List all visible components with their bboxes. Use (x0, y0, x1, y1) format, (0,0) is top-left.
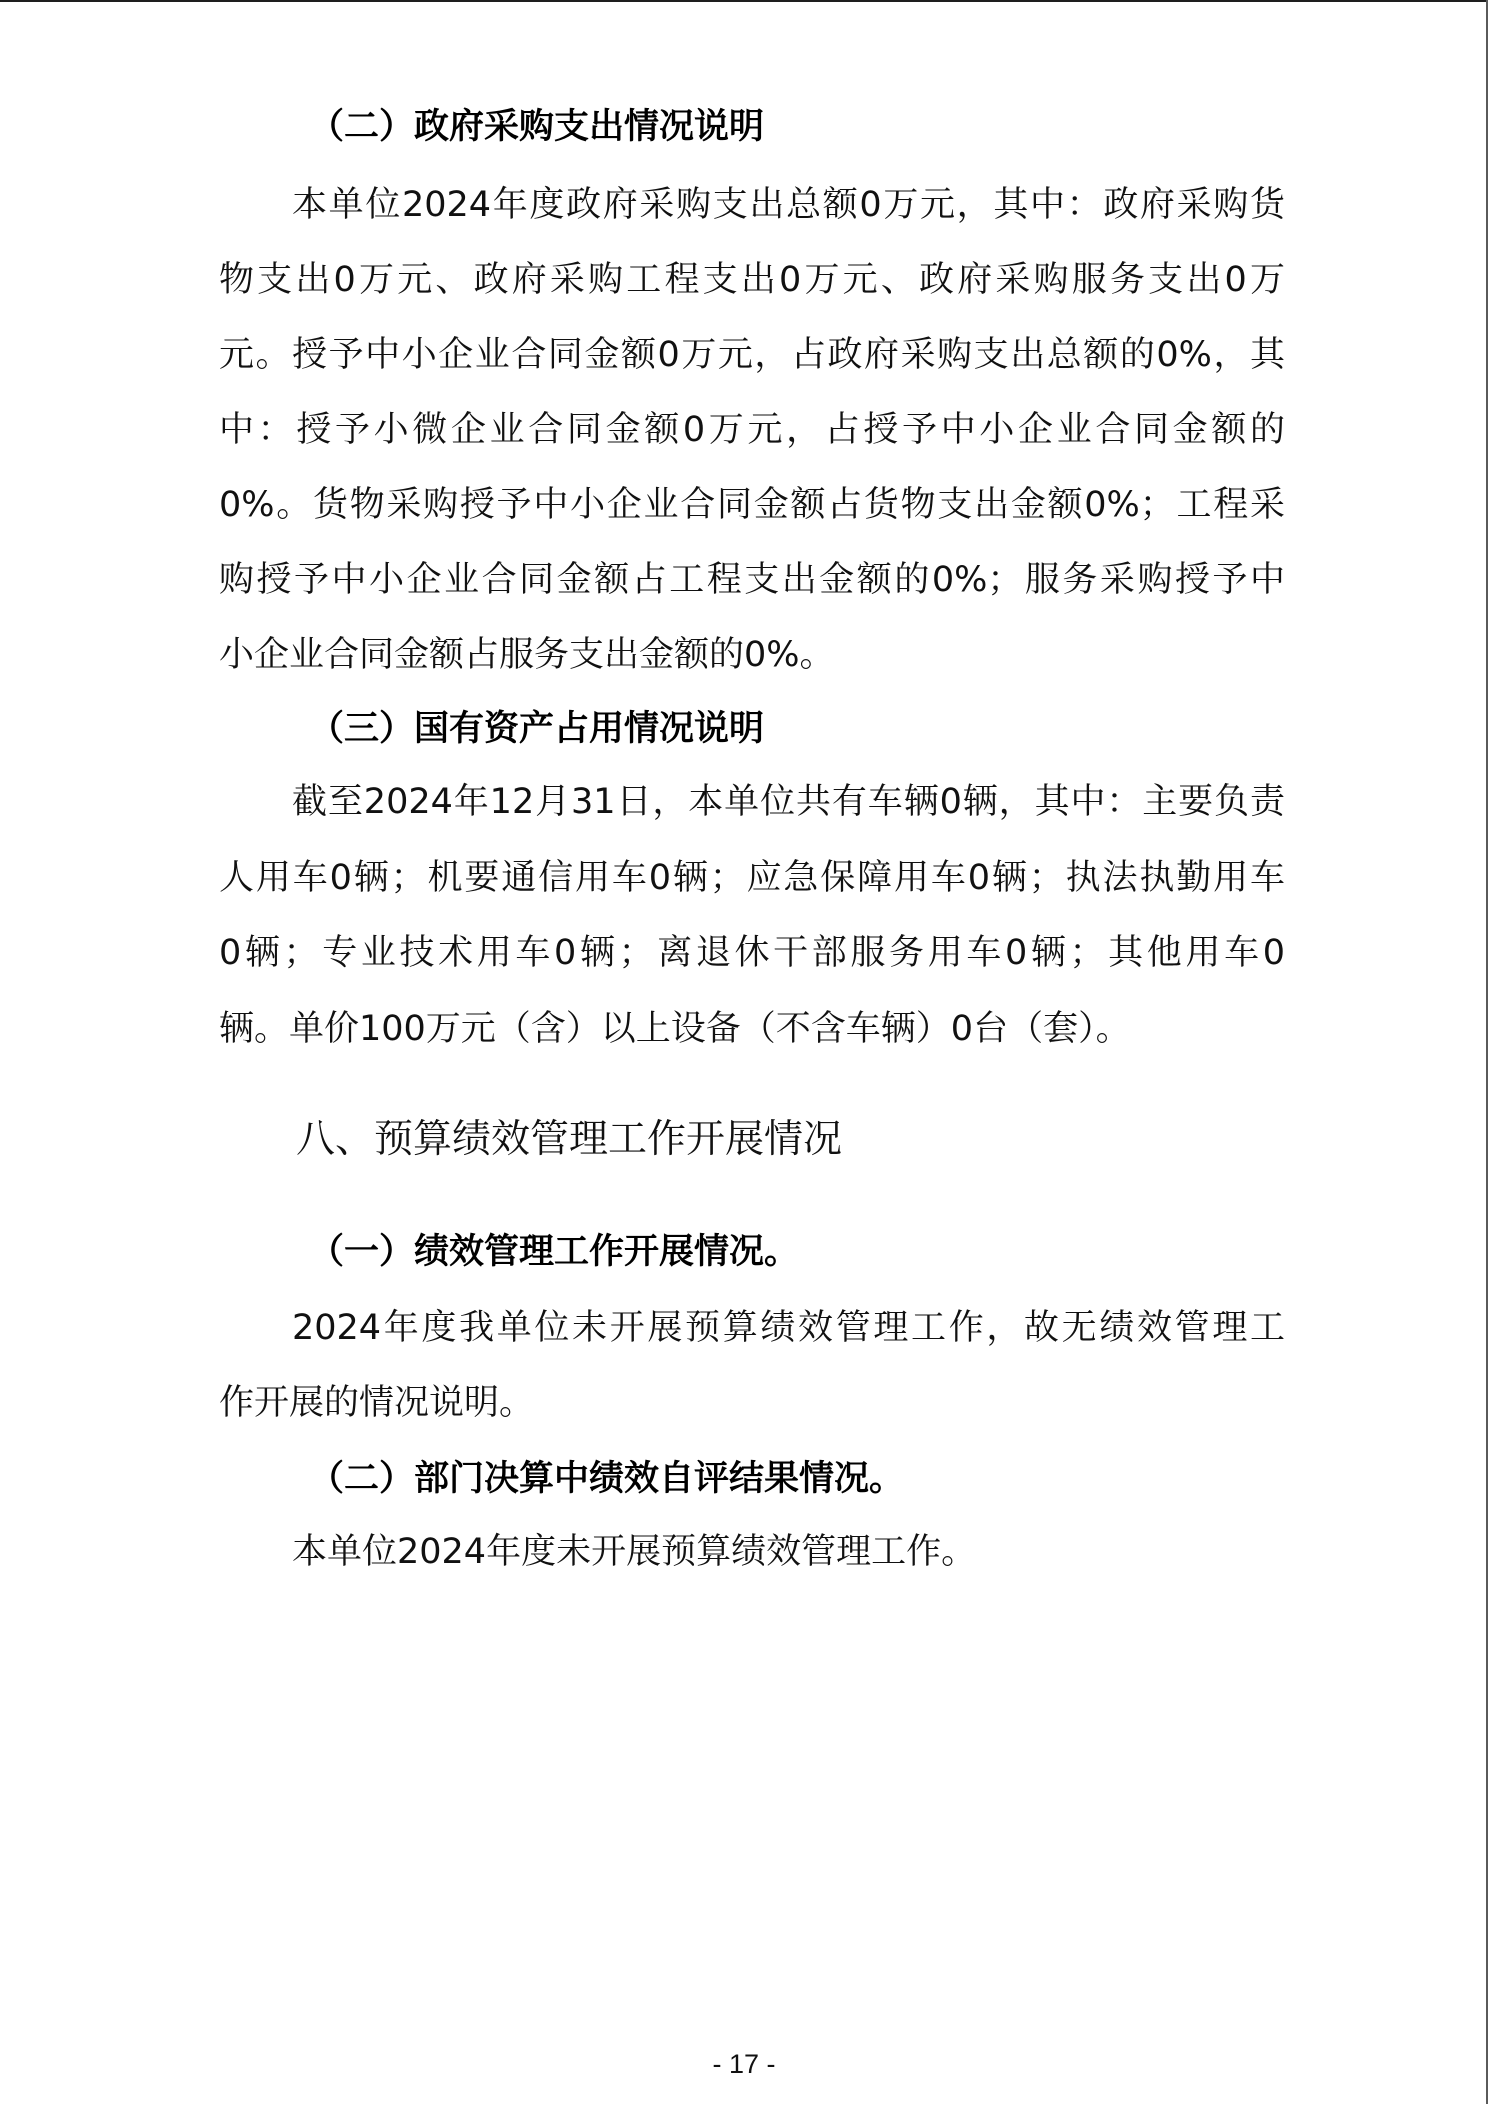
paragraph-line: 辆。单价100万元（含）以上设备（不含车辆）0台（套）。 (219, 992, 1285, 1067)
paragraph-line: 小企业合同金额占服务支出金额的0%。 (219, 618, 1285, 693)
paragraph-line: 2024年度我单位未开展预算绩效管理工作，故无绩效管理工 (292, 1291, 1285, 1366)
paragraph-line: 截至2024年12月31日，本单位共有车辆0辆，其中：主要负责 (292, 765, 1285, 840)
paragraph-line: 0辆；专业技术用车0辆；离退休干部服务用车0辆；其他用车0 (219, 916, 1285, 991)
paragraph-line: 人用车0辆；机要通信用车0辆；应急保障用车0辆；执法执勤用车 (219, 841, 1285, 916)
paragraph-line: 元。授予中小企业合同金额0万元，占政府采购支出总额的0%，其 (219, 318, 1285, 393)
paragraph-line: 0%。货物采购授予中小企业合同金额占货物支出金额0%；工程采 (219, 468, 1285, 543)
chapter-heading-performance-management: 八、预算绩效管理工作开展情况 (296, 1105, 842, 1175)
paragraph-line: 本单位2024年度政府采购支出总额0万元，其中：政府采购货 (292, 168, 1285, 243)
paragraph-line: 购授予中小企业合同金额占工程支出金额的0%；服务采购授予中 (219, 543, 1285, 618)
paragraph-line: 本单位2024年度未开展预算绩效管理工作。 (292, 1515, 1285, 1590)
paragraph-line: 作开展的情况说明。 (219, 1366, 1285, 1441)
subsection-heading-state-assets: （三）国有资产占用情况说明 (309, 699, 764, 759)
page-number: - 17 - (0, 2044, 1488, 2084)
subsection-heading-performance-work: （一）绩效管理工作开展情况。 (309, 1222, 799, 1282)
paragraph-line: 物支出0万元、政府采购工程支出0万元、政府采购服务支出0万 (219, 243, 1285, 318)
subsection-heading-government-procurement: （二）政府采购支出情况说明 (309, 97, 764, 157)
paragraph-line: 中：授予小微企业合同金额0万元，占授予中小企业合同金额的 (219, 393, 1285, 468)
subsection-heading-self-evaluation: （二）部门决算中绩效自评结果情况。 (309, 1449, 904, 1509)
document-page: （二）政府采购支出情况说明 本单位2024年度政府采购支出总额0万元，其中：政府… (0, 0, 1488, 2104)
